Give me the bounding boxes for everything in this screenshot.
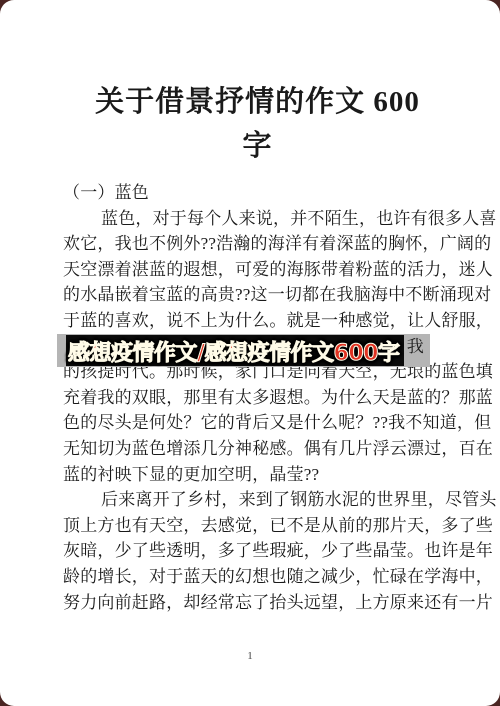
essay-line: 的水晶嵌着宝蓝的高贵??这一切都在我脑海中不断涌现对 — [63, 282, 452, 308]
essay-line: 无知切为蓝色增添几分神秘感。偶有几片浮云漂过，百在 — [63, 436, 452, 462]
essay-line: 色的尽头是何处？它的背后又是什么呢？??我不知道，但 — [63, 410, 452, 436]
essay-line: 龄的增长，对于蓝天的幻想也随之减少，忙碌在学海中， — [63, 564, 452, 590]
essay-line: 顶上方也有天空，去感觉，已不是从前的那片天，多了些 — [63, 513, 452, 539]
essay-line: 欢它，我也不例外??浩瀚的海洋有着深蓝的胸怀，广阔的 — [63, 231, 452, 257]
essay-line: 蓝色，对于每个人来说，并不陌生，也许有很多人喜 — [63, 206, 452, 232]
essay-line: 天空漂着湛蓝的遐想，可爱的海豚带着粉蓝的活力，迷人 — [63, 257, 452, 283]
essay-body: （一）蓝色 蓝色，对于每个人来说，并不陌生，也许有很多人喜 欢它，我也不例外??… — [63, 180, 452, 615]
essay-line: 蓝的衬映下显的更加空明，晶莹?? — [63, 462, 452, 488]
essay-line: 后来离开了乡村，来到了钢筋水泥的世界里，尽管头 — [63, 487, 452, 513]
essay-line: 于蓝的喜欢，说不上为什么。就是一种感觉，让人舒服， — [63, 308, 452, 334]
essay-title: 关于借景抒情的作文 600 字 — [63, 80, 452, 168]
essay-line: 灰暗，少了些透明，多了些瑕疵，少了些晶莹。也许是年 — [63, 538, 452, 564]
covered-line-visible-char: 我 — [407, 337, 424, 356]
section-heading: （一）蓝色 — [63, 180, 452, 206]
essay-line: 努力向前赶路，却经常忘了抬头远望，上方原来还有一片 — [63, 590, 452, 616]
essay-title-line2: 字 — [63, 124, 452, 168]
essay-title-line1: 关于借景抒情的作文 600 — [63, 80, 452, 124]
document-page: 关于借景抒情的作文 600 字 （一）蓝色 蓝色，对于每个人来说，并不陌生，也许… — [0, 0, 500, 706]
page-number: 1 — [0, 650, 500, 662]
watermark-text: 感想疫情作文/感想疫情作文600字 — [68, 336, 404, 366]
essay-line: 充着我的双眼，那里有太多遐想。为什么天是蓝的？那蓝 — [63, 385, 452, 411]
